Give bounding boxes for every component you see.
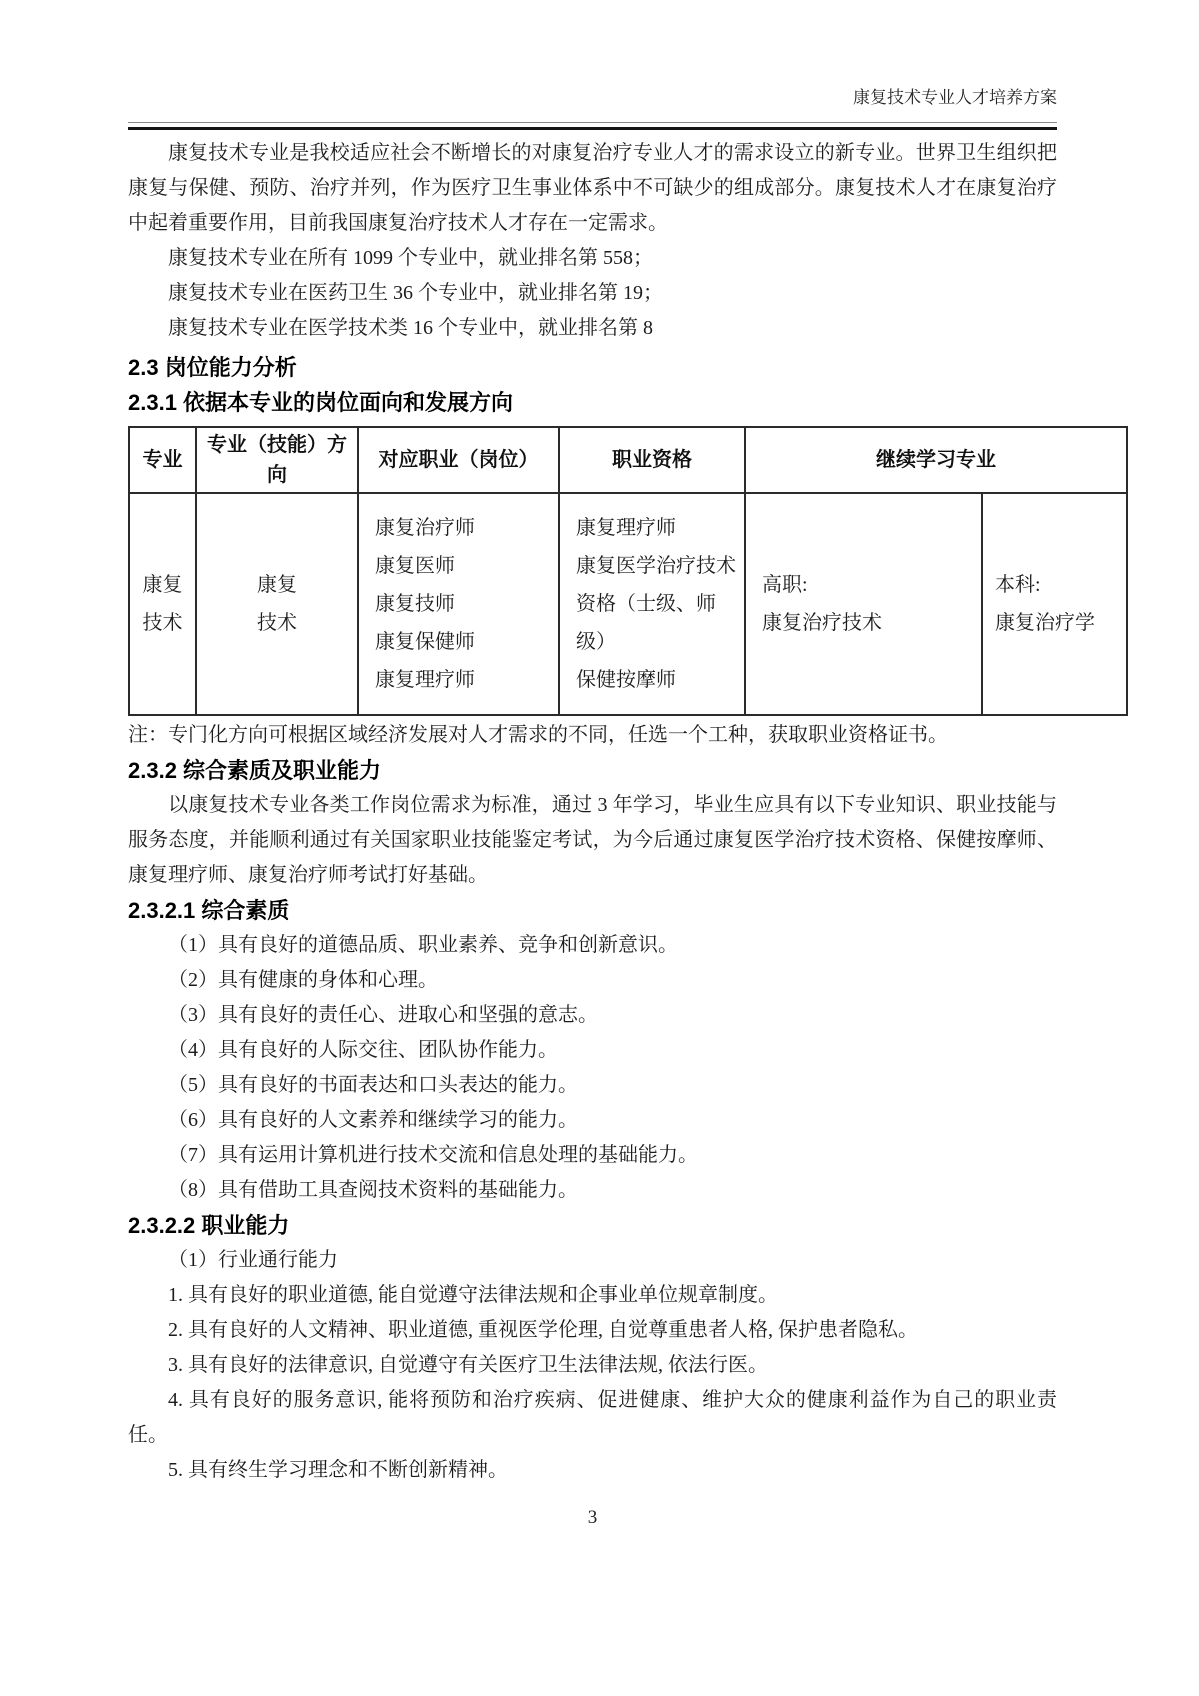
position-analysis-table: 专业 专业（技能）方向 对应职业（岗位） 职业资格 继续学习专业 康复 技术 康…	[128, 426, 1128, 716]
qualification-line: 康复医学治疗技术资格（士级、师级）	[576, 547, 736, 661]
quality-item: （5）具有良好的书面表达和口头表达的能力。	[128, 1068, 1057, 1103]
qualification-line: 保健按摩师	[576, 661, 736, 699]
job-line: 康复技师	[375, 585, 550, 623]
ability-item: 4. 具有良好的服务意识, 能将预防和治疗疾病、促进健康、维护大众的健康利益作为…	[128, 1383, 1057, 1453]
page-content: 康复技术专业人才培养方案 康复技术专业是我校适应社会不断增长的对康复治疗专业人才…	[128, 86, 1126, 1488]
ability-item: 5. 具有终生学习理念和不断创新精神。	[128, 1453, 1057, 1488]
cell-further-bachelor: 本科: 康复治疗学	[982, 493, 1127, 715]
qualification-line: 康复理疗师	[576, 509, 736, 547]
cell-jobs: 康复治疗师 康复医师 康复技师 康复保健师 康复理疗师	[358, 493, 559, 715]
job-line: 康复医师	[375, 547, 550, 585]
stat-line: 康复技术专业在医药卫生 36 个专业中，就业排名第 19；	[128, 276, 1057, 311]
header-rule-divider	[128, 122, 1057, 130]
further-higher-line: 高职:	[762, 566, 973, 604]
further-bachelor-line: 本科:	[995, 566, 1120, 604]
intro-paragraph: 康复技术专业是我校适应社会不断增长的对康复治疗专业人才的需求设立的新专业。世界卫…	[128, 136, 1057, 241]
table-header-row: 专业 专业（技能）方向 对应职业（岗位） 职业资格 继续学习专业	[129, 427, 1127, 493]
table-header-further-study: 继续学习专业	[745, 427, 1127, 493]
job-line: 康复治疗师	[375, 509, 550, 547]
section-2-3-2-intro: 以康复技术专业各类工作岗位需求为标准，通过 3 年学习，毕业生应具有以下专业知识…	[128, 788, 1057, 893]
table-note: 注：专门化方向可根据区域经济发展对人才需求的不同，任选一个工种，获取职业资格证书…	[128, 718, 1126, 753]
stat-line: 康复技术专业在医学技术类 16 个专业中，就业排名第 8	[128, 311, 1057, 346]
table-header-qualification: 职业资格	[559, 427, 745, 493]
quality-item: （3）具有良好的责任心、进取心和坚强的意志。	[128, 998, 1057, 1033]
ability-subtitle: （1）行业通行能力	[128, 1243, 1057, 1278]
cell-major-line: 技术	[131, 604, 194, 642]
quality-item: （8）具有借助工具查阅技术资料的基础能力。	[128, 1173, 1057, 1208]
table-header-jobs: 对应职业（岗位）	[358, 427, 559, 493]
ability-item: 2. 具有良好的人文精神、职业道德, 重视医学伦理, 自觉尊重患者人格, 保护患…	[128, 1313, 1057, 1348]
quality-item: （4）具有良好的人际交往、团队协作能力。	[128, 1033, 1057, 1068]
cell-further-higher: 高职: 康复治疗技术	[745, 493, 982, 715]
table-body-row: 康复 技术 康复 技术 康复治疗师 康复医师 康复技师 康复保健师 康复理疗师	[129, 493, 1127, 715]
further-bachelor-line: 康复治疗学	[995, 604, 1120, 642]
cell-direction: 康复 技术	[196, 493, 358, 715]
quality-item: （7）具有运用计算机进行技术交流和信息处理的基础能力。	[128, 1138, 1057, 1173]
cell-qualification: 康复理疗师 康复医学治疗技术资格（士级、师级） 保健按摩师	[559, 493, 745, 715]
section-heading-2-3-2-1: 2.3.2.1 综合素质	[128, 893, 1126, 928]
section-heading-2-3-2: 2.3.2 综合素质及职业能力	[128, 753, 1126, 788]
document-page: 康复技术专业人才培养方案 康复技术专业是我校适应社会不断增长的对康复治疗专业人才…	[0, 0, 1199, 1696]
cell-direction-line: 康复	[198, 566, 356, 604]
table-header-direction: 专业（技能）方向	[196, 427, 358, 493]
table-header-major: 专业	[129, 427, 196, 493]
quality-item: （2）具有健康的身体和心理。	[128, 963, 1057, 998]
further-higher-line: 康复治疗技术	[762, 604, 973, 642]
section-heading-2-3-2-2: 2.3.2.2 职业能力	[128, 1208, 1126, 1243]
job-line: 康复理疗师	[375, 661, 550, 699]
page-number: 3	[128, 1500, 1057, 1535]
section-heading-2-3-1: 2.3.1 依据本专业的岗位面向和发展方向	[128, 385, 1126, 420]
cell-major: 康复 技术	[129, 493, 196, 715]
stat-line: 康复技术专业在所有 1099 个专业中，就业排名第 558；	[128, 241, 1057, 276]
ability-item: 3. 具有良好的法律意识, 自觉遵守有关医疗卫生法律法规, 依法行医。	[128, 1348, 1057, 1383]
quality-item: （1）具有良好的道德品质、职业素养、竞争和创新意识。	[128, 928, 1057, 963]
ability-item: 1. 具有良好的职业道德, 能自觉遵守法律法规和企事业单位规章制度。	[128, 1278, 1057, 1313]
cell-direction-line: 技术	[198, 604, 356, 642]
job-line: 康复保健师	[375, 623, 550, 661]
section-heading-2-3: 2.3 岗位能力分析	[128, 350, 1126, 385]
page-header-title: 康复技术专业人才培养方案	[128, 86, 1057, 110]
quality-item: （6）具有良好的人文素养和继续学习的能力。	[128, 1103, 1057, 1138]
cell-major-line: 康复	[131, 566, 194, 604]
